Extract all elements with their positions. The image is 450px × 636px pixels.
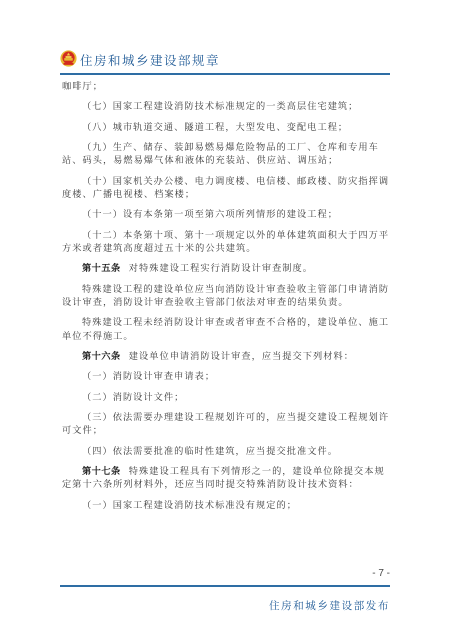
- paragraph: （三）依法需要办理建设工程规划许可的，应当提交建设工程规划许可文件；: [62, 411, 390, 438]
- article-number: 第十五条: [82, 263, 121, 274]
- paragraph-text: 对特殊建设工程实行消防设计审查制度。: [129, 263, 313, 274]
- paragraph: （十）国家机关办公楼、电力调度楼、电信楼、邮政楼、防灾指挥调度楼、广播电视楼、档…: [62, 175, 390, 202]
- paragraph: （一）国家工程建设消防技术标准没有规定的；: [62, 499, 390, 512]
- paragraph-text: 特殊建设工程未经消防设计审查或者审查不合格的，建设单位、施工单位不得施工。: [62, 317, 389, 341]
- paragraph-text: 咖啡厅；: [62, 81, 103, 92]
- paragraph: 特殊建设工程的建设单位应当向消防设计审查验收主管部门申请消防设计审查，消防设计审…: [62, 283, 390, 310]
- paragraph: （四）依法需要批准的临时性建筑，应当提交批准文件。: [62, 445, 390, 458]
- paragraph: （十一）设有本条第一项至第六项所列情形的建设工程；: [62, 208, 390, 221]
- paragraph: 咖啡厅；: [62, 80, 390, 93]
- paragraph: （七）国家工程建设消防技术标准规定的一类高层住宅建筑；: [62, 100, 390, 113]
- paragraph-text: （九）生产、储存、装卸易燃易爆危险物品的工厂、仓库和专用车站、码头，易燃易爆气体…: [62, 142, 379, 166]
- page-header: 住房和城乡建设部规章: [60, 48, 390, 74]
- article-paragraph: 第十六条建设单位申请消防设计审查，应当提交下列材料：: [62, 350, 390, 363]
- page-number: - 7 -: [358, 568, 390, 579]
- paragraph: （九）生产、储存、装卸易燃易爆危险物品的工厂、仓库和专用车站、码头，易燃易爆气体…: [62, 141, 390, 168]
- paragraph: （八）城市轨道交通、隧道工程，大型发电、变配电工程；: [62, 121, 390, 134]
- paragraph-text: （二）消防设计文件；: [82, 392, 184, 403]
- paragraph-text: （十）国家机关办公楼、电力调度楼、电信楼、邮政楼、防灾指挥调度楼、广播电视楼、档…: [62, 176, 389, 200]
- paragraph-text: 建设单位申请消防设计审查，应当提交下列材料：: [129, 351, 354, 362]
- paragraph-text: （十一）设有本条第一项至第六项所列情形的建设工程；: [82, 209, 338, 220]
- document-body: 咖啡厅；（七）国家工程建设消防技术标准规定的一类高层住宅建筑；（八）城市轨道交通…: [62, 80, 390, 519]
- national-emblem-icon: [60, 50, 77, 67]
- footer-divider: [60, 585, 390, 587]
- header-divider: [60, 73, 390, 75]
- paragraph-text: （四）依法需要批准的临时性建筑，应当提交批准文件。: [82, 446, 338, 457]
- paragraph: （二）消防设计文件；: [62, 391, 390, 404]
- paragraph: 特殊建设工程未经消防设计审查或者审查不合格的，建设单位、施工单位不得施工。: [62, 316, 390, 343]
- footer-publisher: 住房和城乡建设部发布: [269, 598, 390, 613]
- paragraph-text: （八）城市轨道交通、隧道工程，大型发电、变配电工程；: [82, 122, 348, 133]
- header-title: 住房和城乡建设部规章: [80, 51, 220, 69]
- paragraph-text: （三）依法需要办理建设工程规划许可的，应当提交建设工程规划许可文件；: [62, 412, 389, 436]
- paragraph-text: （一）消防设计审查申请表；: [82, 371, 215, 382]
- paragraph-text: （一）国家工程建设消防技术标准没有规定的；: [82, 500, 297, 511]
- paragraph: （一）消防设计审查申请表；: [62, 370, 390, 383]
- article-paragraph: 第十七条特殊建设工程具有下列情形之一的，建设单位除提交本规定第十六条所列材料外，…: [62, 465, 390, 492]
- article-number: 第十六条: [82, 351, 121, 362]
- article-paragraph: 第十五条对特殊建设工程实行消防设计审查制度。: [62, 262, 390, 275]
- paragraph-text: （七）国家工程建设消防技术标准规定的一类高层住宅建筑；: [82, 101, 358, 112]
- article-number: 第十七条: [82, 466, 121, 477]
- paragraph-text: 特殊建设工程的建设单位应当向消防设计审查验收主管部门申请消防设计审查，消防设计审…: [62, 284, 389, 308]
- paragraph-text: （十二）本条第十项、第十一项规定以外的单体建筑面积大于四万平方米或者建筑高度超过…: [62, 230, 389, 254]
- paragraph: （十二）本条第十项、第十一项规定以外的单体建筑面积大于四万平方米或者建筑高度超过…: [62, 229, 390, 256]
